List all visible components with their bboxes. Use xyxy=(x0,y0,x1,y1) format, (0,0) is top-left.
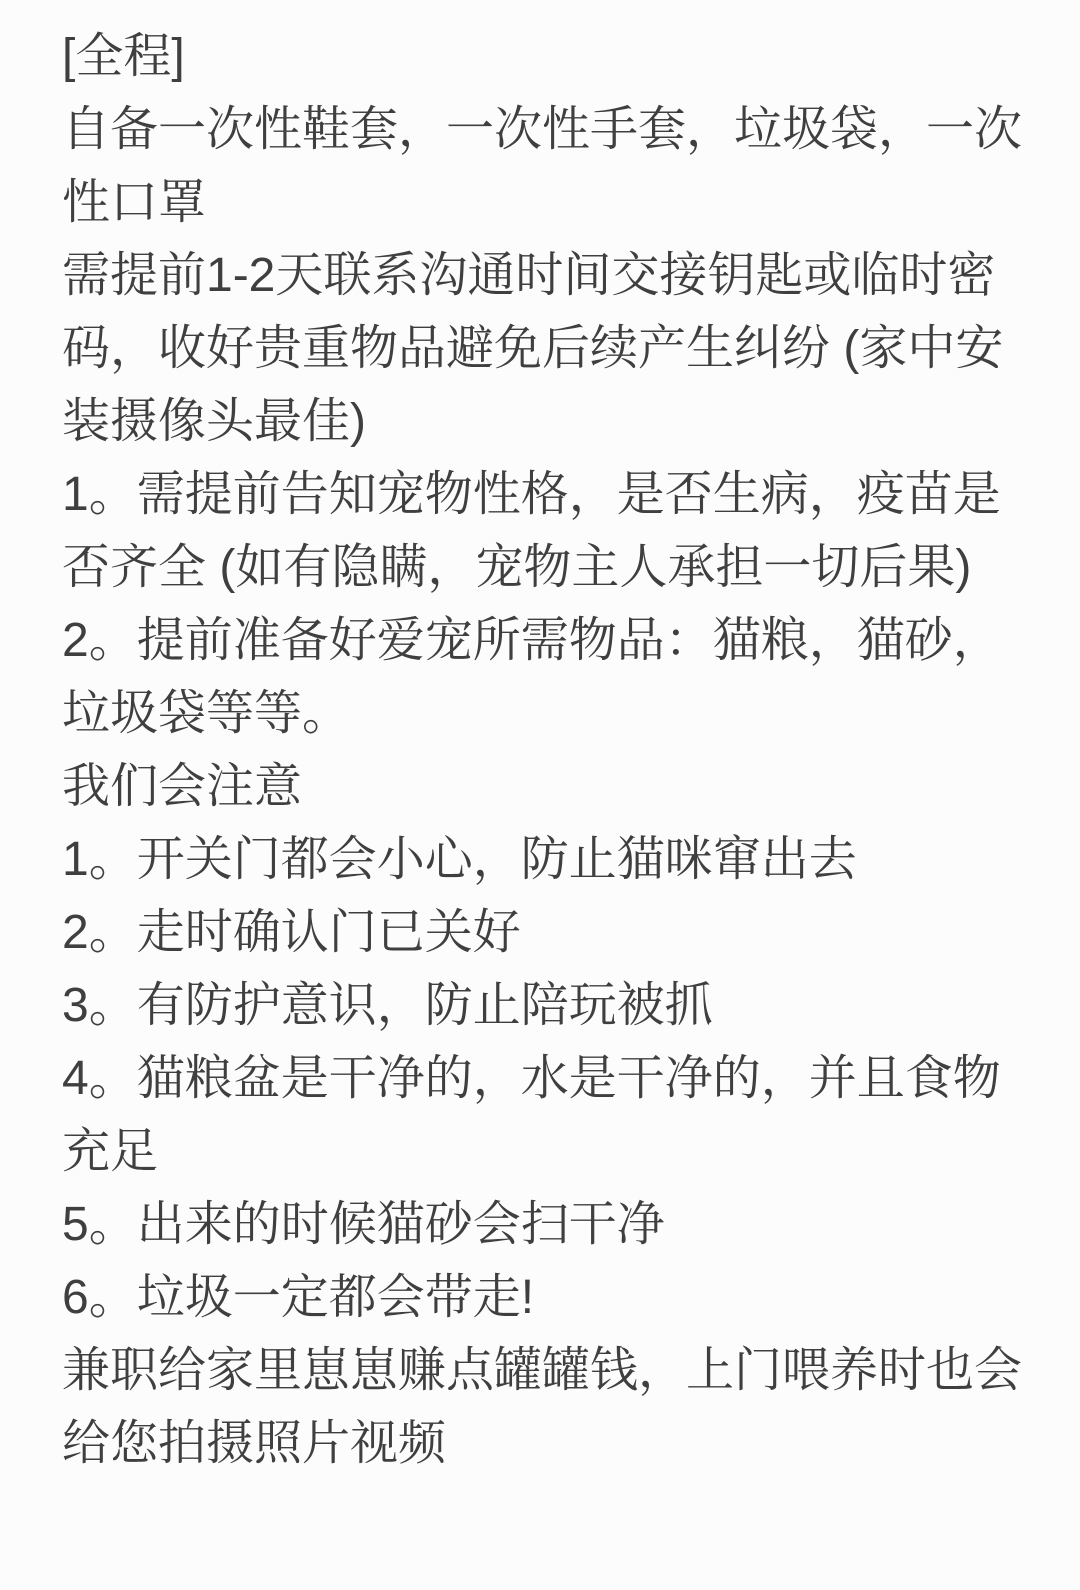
text-line: 1。开关门都会小心，防止猫咪窜出去 xyxy=(62,823,1040,896)
note-text: [全程]自备一次性鞋套，一次性手套，垃圾袋，一次性口罩需提前1-2天联系沟通时间… xyxy=(62,20,1040,1480)
text-line: 充足 xyxy=(62,1115,1040,1188)
text-line: 4。猫粮盆是干净的，水是干净的，并且食物 xyxy=(62,1042,1040,1115)
text-line: 给您拍摄照片视频 xyxy=(62,1407,1040,1480)
text-line: 性口罩 xyxy=(62,166,1040,239)
text-line: 2。走时确认门已关好 xyxy=(62,896,1040,969)
note-page: [全程]自备一次性鞋套，一次性手套，垃圾袋，一次性口罩需提前1-2天联系沟通时间… xyxy=(0,0,1080,1590)
text-line: 5。出来的时候猫砂会扫干净 xyxy=(62,1188,1040,1261)
text-line: 码，收好贵重物品避免后续产生纠纷 (家中安 xyxy=(62,312,1040,385)
text-line: 装摄像头最佳) xyxy=(62,385,1040,458)
text-line: 6。垃圾一定都会带走! xyxy=(62,1261,1040,1334)
text-line: 2。提前准备好爱宠所需物品：猫粮，猫砂， xyxy=(62,604,1040,677)
text-line: 需提前1-2天联系沟通时间交接钥匙或临时密 xyxy=(62,239,1040,312)
text-line: 兼职给家里崽崽赚点罐罐钱，上门喂养时也会 xyxy=(62,1334,1040,1407)
text-line: 否齐全 (如有隐瞒，宠物主人承担一切后果) xyxy=(62,531,1040,604)
text-line: 自备一次性鞋套，一次性手套，垃圾袋，一次 xyxy=(62,93,1040,166)
text-line: 1。需提前告知宠物性格，是否生病，疫苗是 xyxy=(62,458,1040,531)
text-line: 垃圾袋等等。 xyxy=(62,677,1040,750)
text-line: [全程] xyxy=(62,20,1040,93)
text-line: 我们会注意 xyxy=(62,750,1040,823)
text-line: 3。有防护意识，防止陪玩被抓 xyxy=(62,969,1040,1042)
